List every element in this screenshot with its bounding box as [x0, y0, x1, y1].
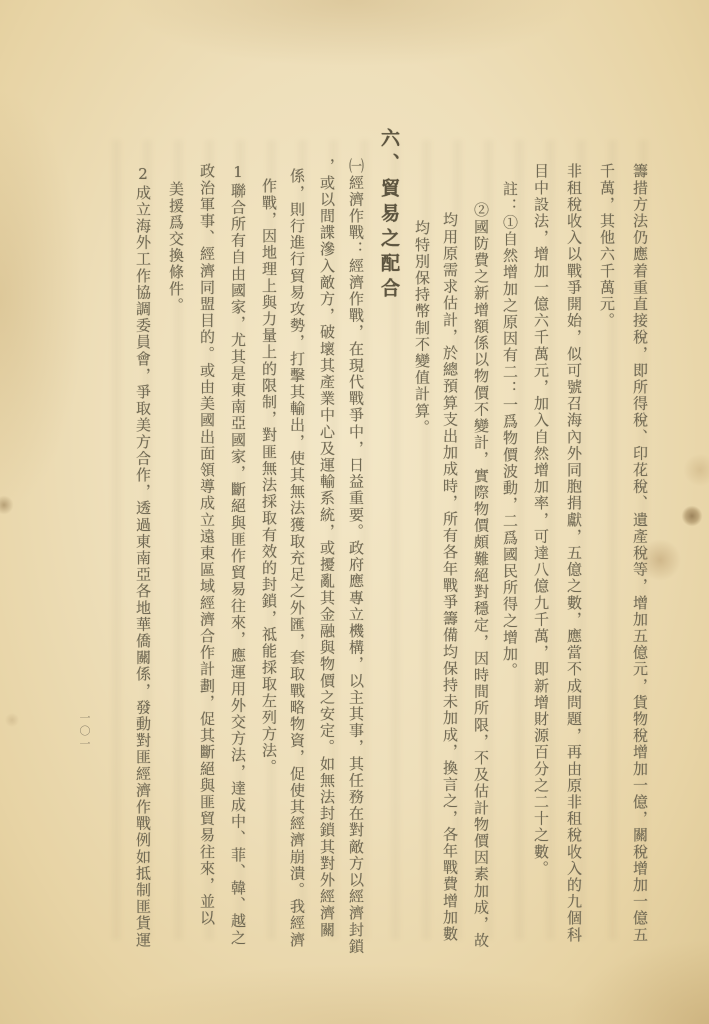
- section-title: 六、貿易之配合: [376, 128, 403, 303]
- text-column-trade-4: 作戰，因地理上與力量上的限制，對匪無法採取有效的封鎖，祗能採取左列方法。: [259, 178, 280, 776]
- text-column-trade-7: 美援爲交換條件。: [166, 181, 187, 314]
- text-column-note-1: 註：①自然增加之原因有二：一爲物價波動，二爲國民所得之增加。: [500, 181, 521, 679]
- text-column-trade-5: 1聯合所有自由國家，尤其是東南亞國家，斷絕與匪作貿易往來，應運用外交方法，達成中…: [228, 163, 249, 946]
- text-column-note-3: 均用原需求估計，於總預算支出加成時，所有各年戰爭籌備均保持未加成，換言之，各年戰…: [440, 212, 461, 942]
- text-column-finance-1: 籌措方法仍應着重直接稅，即所得稅、印花稅、遺產稅等，增加五億元，貨物稅增加一億，…: [630, 163, 651, 943]
- text-column-trade-6: 政治軍事、經濟同盟目的。或由美國出面領導成立遠東區域經濟合作計劃，促其斷絕與匪貿…: [197, 163, 218, 927]
- text-column-note-2: ②國防費之新增額係以物價不變計，實際物價頗難絕對穩定，因時間所限，不及估計物價因…: [471, 202, 492, 949]
- text-column-trade-1: ㈠經濟作戰：經濟作戰，在現代戰爭中，日益重要。政府應專立機構，以主其事，其任務在…: [346, 158, 367, 955]
- text-column-note-4: 均特別保持幣制不變值計算。: [412, 220, 433, 436]
- page-number: 一〇一: [76, 712, 92, 751]
- text-column-trade-2: ，或以間諜滲入敵方，破壞其產業中心及運輸系統，或擾亂其金融與物價之安定。如無法封…: [317, 158, 338, 938]
- text-column-finance-4: 目中設法，增加一億六千萬元，加入自然增加率，可達八億九千萬，即新增財源百分之二十…: [531, 163, 552, 877]
- text-column-trade-8: 2成立海外工作協調委員會，爭取美方合作，透過東南亞各地華僑關係，發動對匪經濟作戰…: [133, 165, 154, 948]
- text-column-trade-3: 係，則行進行貿易攻勢，打擊其輸出，使其無法獲取充足之外匯，套取戰略物資，促使其經…: [287, 168, 308, 948]
- scanned-document-page: 籌措方法仍應着重直接稅，即所得稅、印花稅、遺產稅等，增加五億元，貨物稅增加一億，…: [0, 0, 709, 1024]
- text-column-finance-3: 非租稅收入以戰爭開始，似可號召海內外同胞捐獻，五億之數，應當不成問題，再由原非租…: [564, 163, 585, 943]
- text-column-finance-2: 千萬，其他六千萬元。: [597, 163, 618, 329]
